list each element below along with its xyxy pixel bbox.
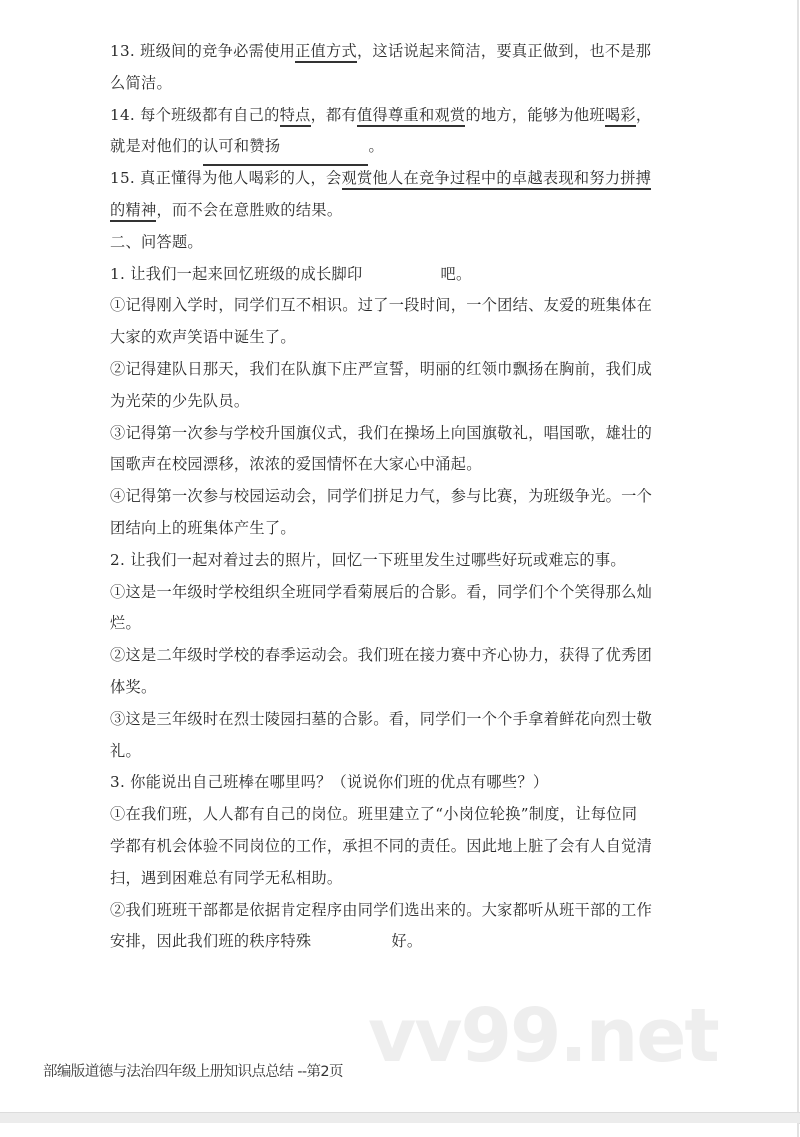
- text-span: 大家的欢声笑语中诞生了。: [110, 328, 296, 346]
- underlined-answer: 特点: [280, 106, 311, 127]
- text-span: 14. 每个班级都有自己的: [110, 106, 280, 124]
- text-line: ②我们班班干部都是依据肯定程序由同学们选出来的。大家都听从班干部的工作: [110, 895, 690, 927]
- text-line: 礼。: [110, 736, 690, 768]
- text-line: ②记得建队日那天，我们在队旗下庄严宣誓，明丽的红领巾飘扬在胸前，我们成: [110, 354, 690, 386]
- page-footer: 部编版道德与法治四年级上册知识点总结 --第2页: [43, 1060, 343, 1081]
- text-span: 二、问答题。: [110, 233, 203, 251]
- text-line: 的精神，而不会在意胜败的结果。: [110, 195, 690, 227]
- underlined-answer: 值得尊重和观赏: [357, 106, 465, 127]
- text-span: ①在我们班，人人都有自己的岗位。班里建立了“小岗位轮换”制度，让每位同: [110, 805, 637, 823]
- text-line: 么简洁。: [110, 68, 690, 100]
- underlined-answer: 喝彩: [605, 106, 636, 127]
- text-line: 体奖。: [110, 672, 690, 704]
- text-span: ③这是三年级时在烈士陵园扫墓的合影。看，同学们一个个手拿着鲜花向烈士敬: [110, 710, 652, 728]
- text-span: ②记得建队日那天，我们在队旗下庄严宣誓，明丽的红领巾飘扬在胸前，我们成: [110, 360, 652, 378]
- text-line: 1. 让我们一起来回忆班级的成长脚印吧。: [110, 259, 690, 291]
- text-span: 2. 让我们一起对着过去的照片，回忆一下班里发生过哪些好玩或难忘的事。: [110, 551, 626, 569]
- underlined-answer: 的精神: [110, 201, 156, 222]
- text-line: 学都有机会体验不同岗位的工作，承担不同的责任。因此地上脏了会有人自觉清: [110, 831, 690, 863]
- text-line: ①在我们班，人人都有自己的岗位。班里建立了“小岗位轮换”制度，让每位同: [110, 799, 690, 831]
- text-span: 学都有机会体验不同岗位的工作，承担不同的责任。因此地上脏了会有人自觉清: [110, 837, 652, 855]
- text-span: ②我们班班干部都是依据肯定程序由同学们选出来的。大家都听从班干部的工作: [110, 901, 652, 919]
- text-span: ，而不会在意胜败的结果。: [156, 201, 342, 219]
- text-span: ①记得刚入学时，同学们互不相识。过了一段时间，一个团结、友爱的班集体在: [110, 296, 652, 314]
- text-line: 就是对他们的认可和赞扬。: [110, 131, 690, 163]
- text-line: ④记得第一次参与校园运动会，同学们拼足力气，参与比赛，为班级争光。一个: [110, 481, 690, 513]
- underlined-answer: 正值方式: [295, 42, 357, 63]
- text-span: 为光荣的少先队员。: [110, 392, 249, 410]
- text-span: 的地方，能够为他班: [465, 106, 604, 124]
- text-span: 吧。: [441, 265, 472, 283]
- text-span: ，这话说起来简洁，要真正做到，也不是那: [357, 42, 651, 60]
- text-line: 13. 班级间的竞争必需使用正值方式，这话说起来简洁，要真正做到，也不是那: [110, 36, 690, 68]
- text-line: 大家的欢声笑语中诞生了。: [110, 322, 690, 354]
- text-span: 团结向上的班集体产生了。: [110, 519, 296, 537]
- document-page: 13. 班级间的竞争必需使用正值方式，这话说起来简洁，要真正做到，也不是那么简洁…: [0, 0, 799, 1112]
- text-line: 二、问答题。: [110, 227, 690, 259]
- text-span: ，: [636, 106, 652, 124]
- text-line: 扫，遇到困难总有同学无私相助。: [110, 863, 690, 895]
- underlined-answer: 认可和赞扬: [203, 131, 369, 166]
- text-span: 1. 让我们一起来回忆班级的成长脚印: [110, 265, 363, 283]
- text-span: 13. 班级间的竞争必需使用: [110, 42, 295, 60]
- text-span: ，都有: [311, 106, 357, 124]
- underlined-answer: 观赏他人在竞争过程中的卓越表现和努力拼搏: [342, 169, 652, 190]
- text-span: 国歌声在校园漂移，浓浓的爱国情怀在大家心中涌起。: [110, 455, 482, 473]
- text-span: ②这是二年级时学校的春季运动会。我们班在接力赛中齐心协力，获得了优秀团: [110, 646, 652, 664]
- text-line: 烂。: [110, 608, 690, 640]
- text-span: ③记得第一次参与学校升国旗仪式，我们在操场上向国旗敬礼，唱国歌，雄壮的: [110, 424, 652, 442]
- text-line: ②这是二年级时学校的春季运动会。我们班在接力赛中齐心协力，获得了优秀团: [110, 640, 690, 672]
- text-line: ③这是三年级时在烈士陵园扫墓的合影。看，同学们一个个手拿着鲜花向烈士敬: [110, 704, 690, 736]
- text-span: 好。: [391, 932, 422, 950]
- text-span: ①这是一年级时学校组织全班同学看菊展后的合影。看，同学们个个笑得那么灿: [110, 583, 652, 601]
- text-line: 14. 每个班级都有自己的特点，都有值得尊重和观赏的地方，能够为他班喝彩，: [110, 100, 690, 132]
- text-span: 么简洁。: [110, 74, 172, 92]
- text-line: ③记得第一次参与学校升国旗仪式，我们在操场上向国旗敬礼，唱国歌，雄壮的: [110, 418, 690, 450]
- text-span: 安排，因此我们班的秩序特殊: [110, 932, 311, 950]
- text-span: 。: [368, 137, 384, 155]
- page-content: 13. 班级间的竞争必需使用正值方式，这话说起来简洁，要真正做到，也不是那么简洁…: [110, 36, 690, 958]
- text-line: 2. 让我们一起对着过去的照片，回忆一下班里发生过哪些好玩或难忘的事。: [110, 545, 690, 577]
- text-span: 烂。: [110, 614, 141, 632]
- watermark: vv99.net: [368, 996, 718, 1076]
- text-line: 为光荣的少先队员。: [110, 386, 690, 418]
- text-line: 3. 你能说出自己班棒在哪里吗？（说说你们班的优点有哪些？）: [110, 767, 690, 799]
- text-line: 安排，因此我们班的秩序特殊好。: [110, 926, 690, 958]
- text-span: 礼。: [110, 742, 141, 760]
- text-span: 就是对他们的: [110, 137, 203, 155]
- text-span: ④记得第一次参与校园运动会，同学们拼足力气，参与比赛，为班级争光。一个: [110, 487, 652, 505]
- text-line: 15. 真正懂得为他人喝彩的人，会观赏他人在竞争过程中的卓越表现和努力拼搏: [110, 163, 690, 195]
- text-line: ①这是一年级时学校组织全班同学看菊展后的合影。看，同学们个个笑得那么灿: [110, 577, 690, 609]
- text-line: ①记得刚入学时，同学们互不相识。过了一段时间，一个团结、友爱的班集体在: [110, 290, 690, 322]
- text-line: 国歌声在校园漂移，浓浓的爱国情怀在大家心中涌起。: [110, 449, 690, 481]
- text-line: 团结向上的班集体产生了。: [110, 513, 690, 545]
- next-page-edge: [0, 1123, 799, 1137]
- text-span: 扫，遇到困难总有同学无私相助。: [110, 869, 342, 887]
- text-span: 体奖。: [110, 678, 156, 696]
- text-span: 3. 你能说出自己班棒在哪里吗？（说说你们班的优点有哪些？）: [110, 773, 548, 791]
- text-span: 15. 真正懂得为他人喝彩的人，会: [110, 169, 342, 187]
